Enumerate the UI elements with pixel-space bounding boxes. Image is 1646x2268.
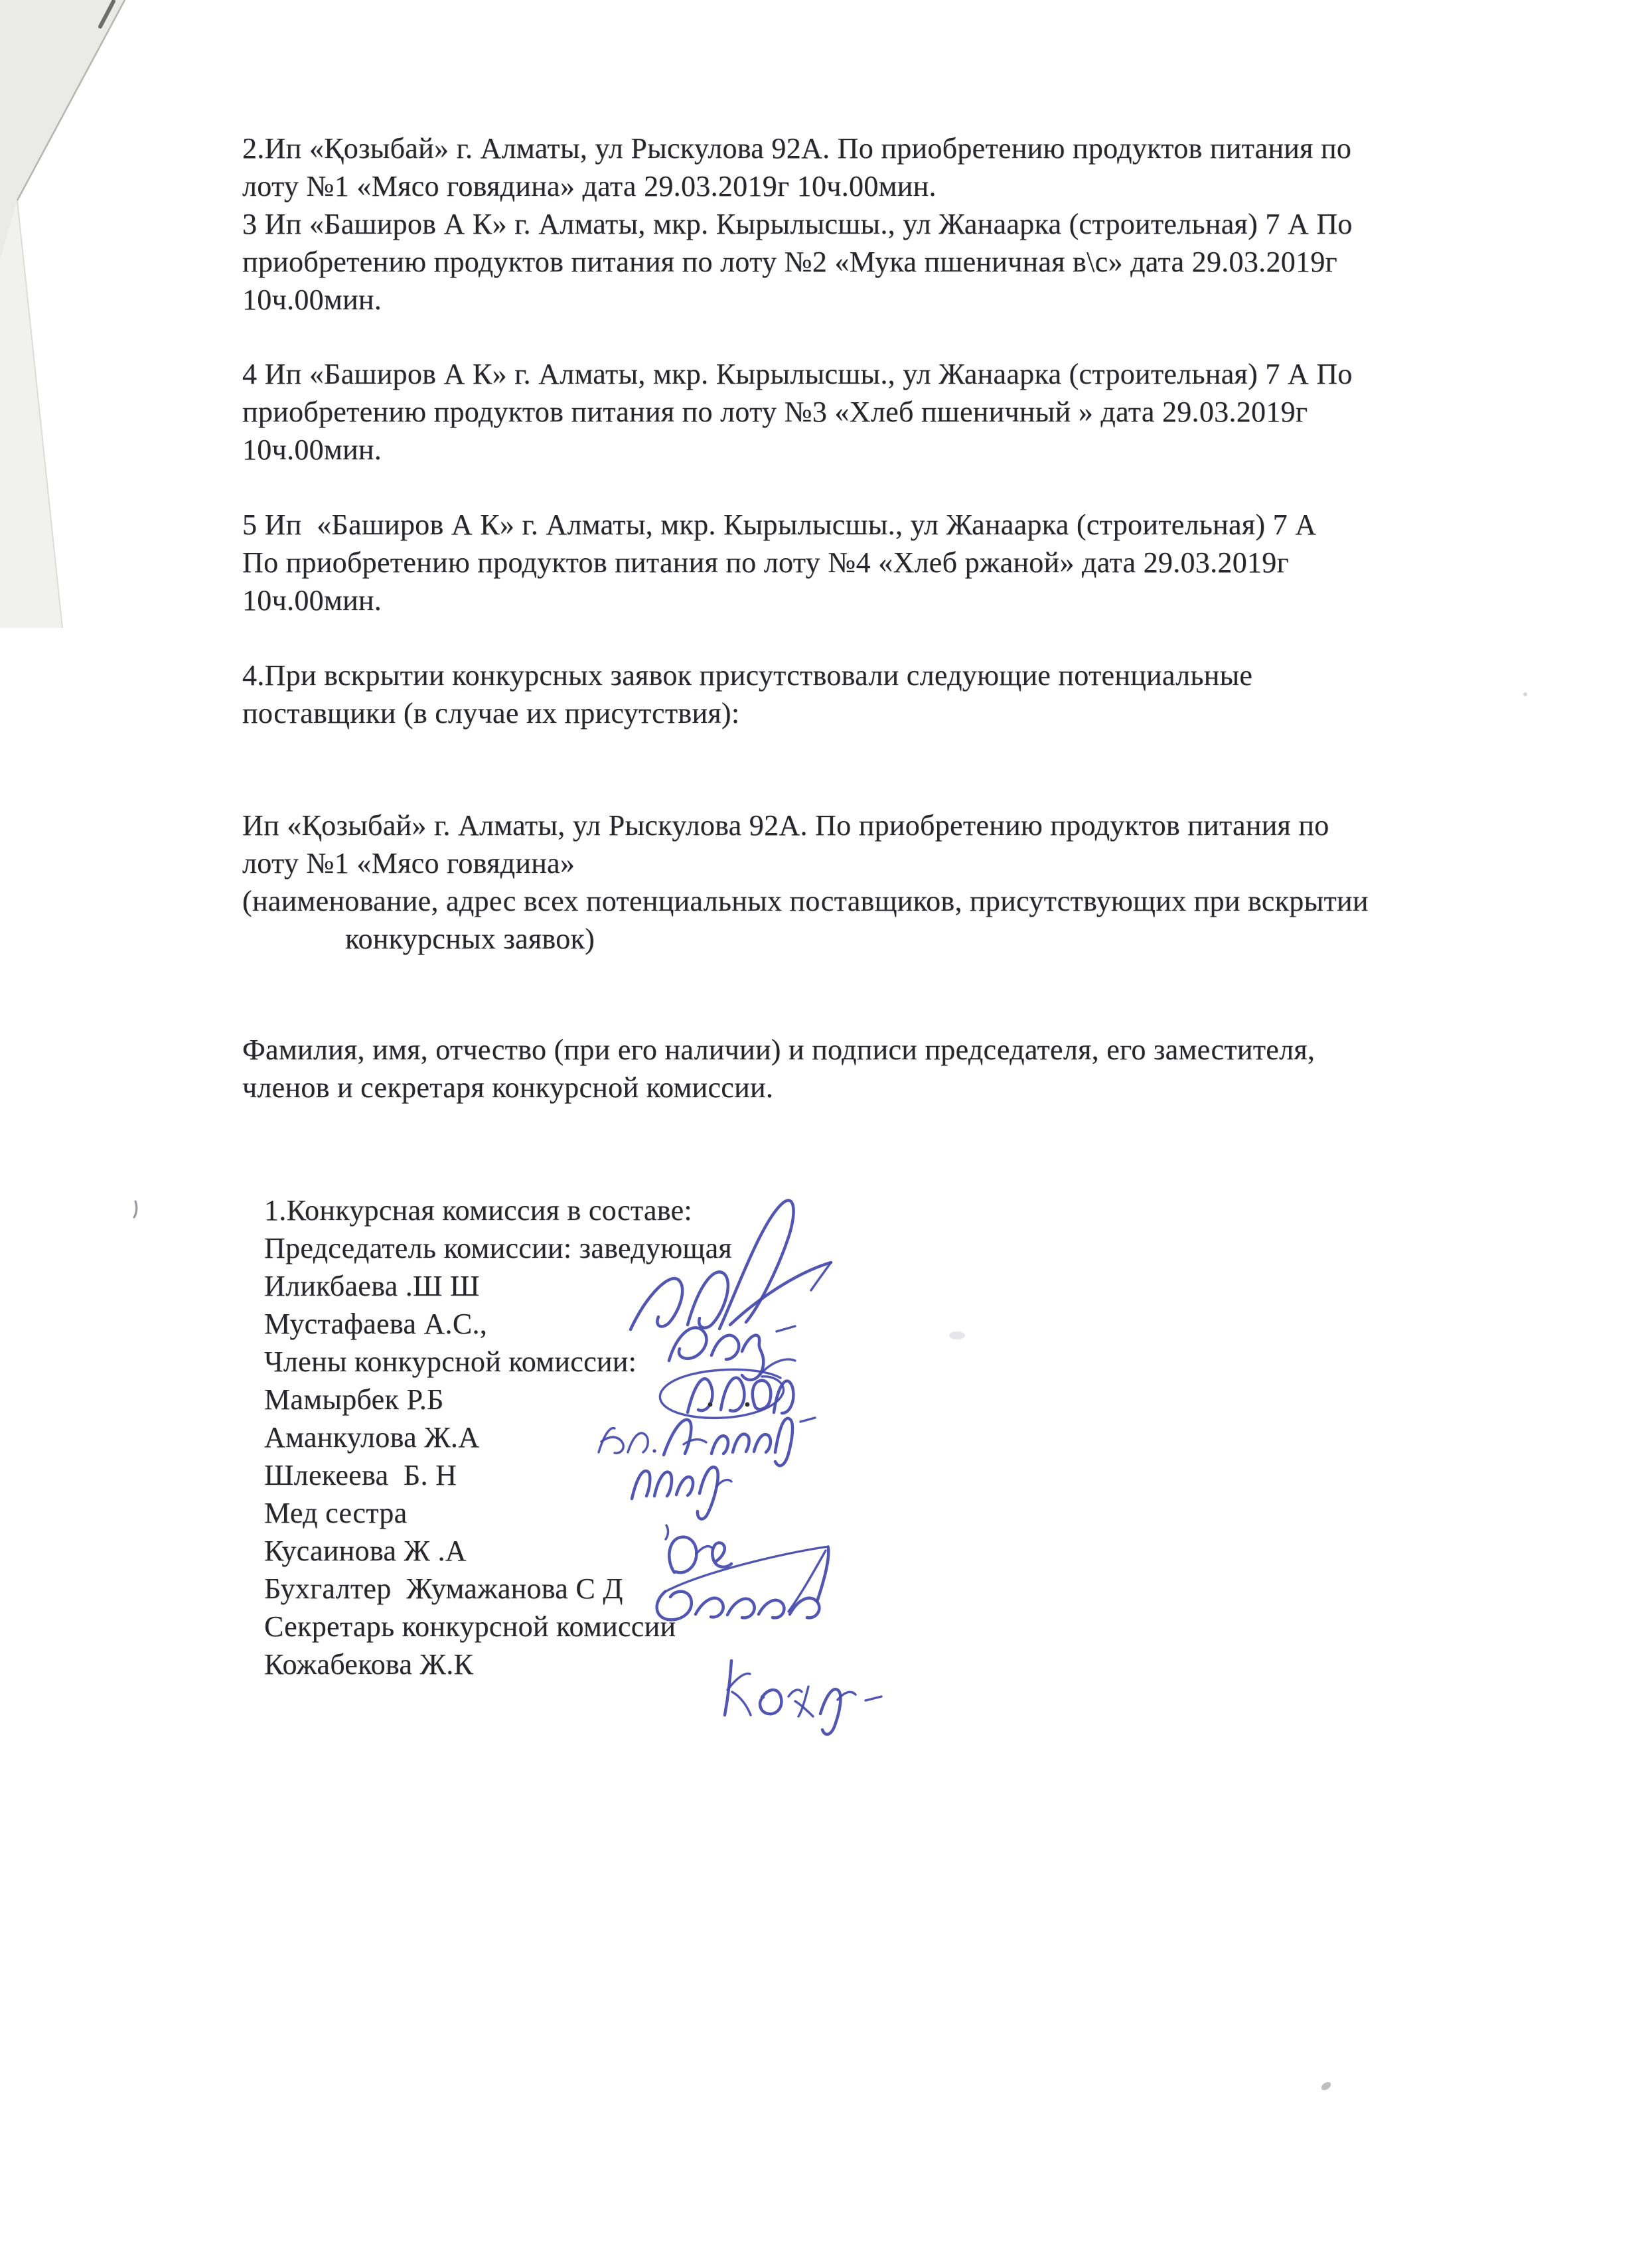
signatures-layer <box>0 0 1646 2268</box>
paragraph-attendees: Ип «Қозыбай» г. Алматы, ул Рыскулова 92А… <box>242 806 1369 958</box>
text-line: Бухгалтер Жумажанова С Д <box>264 1570 732 1608</box>
commission-list: 1.Конкурсная комиссия в составе: Председ… <box>264 1191 732 1683</box>
page-fold-corner <box>0 0 125 628</box>
text-line: лоту №1 «Мясо говядина» <box>242 844 1369 882</box>
text-line: Мед сестра <box>264 1494 732 1532</box>
paragraph-item-4: 4 Ип «Баширов А К» г. Алматы, мкр. Кырыл… <box>242 355 1353 469</box>
text-line: 4.При вскрытии конкурсных заявок присутс… <box>242 656 1252 694</box>
text-line: 1.Конкурсная комиссия в составе: <box>264 1191 732 1229</box>
text-line: 3 Ип «Баширов А К» г. Алматы, мкр. Кырыл… <box>242 205 1353 243</box>
text-line: Члены конкурсной комиссии: <box>264 1343 732 1381</box>
text-line: Мамырбек Р.Б <box>264 1381 732 1418</box>
text-line: Кожабекова Ж.К <box>264 1645 732 1683</box>
text-line: Ип «Қозыбай» г. Алматы, ул Рыскулова 92А… <box>242 806 1369 844</box>
scanned-page: 2.Ип «Қозыбай» г. Алматы, ул Рыскулова 9… <box>0 0 1646 2268</box>
text-line: 4 Ип «Баширов А К» г. Алматы, мкр. Кырыл… <box>242 355 1353 393</box>
text-line: 10ч.00мин. <box>242 281 1353 319</box>
text-line: 2.Ип «Қозыбай» г. Алматы, ул Рыскулова 9… <box>242 129 1353 167</box>
text-line: Иликбаева .Ш Ш <box>264 1267 732 1305</box>
text-line: (наименование, адрес всех потенциальных … <box>242 882 1369 920</box>
scan-artifacts-layer <box>0 0 1646 2268</box>
text-line: членов и секретаря конкурсной комиссии. <box>242 1069 1315 1106</box>
text-line: лоту №1 «Мясо говядина» дата 29.03.2019г… <box>242 167 1353 205</box>
text-line: приобретению продуктов питания по лоту №… <box>242 243 1353 281</box>
text-line: приобретению продуктов питания по лоту №… <box>242 393 1353 431</box>
text-line: Председатель комиссии: заведующая <box>264 1229 732 1267</box>
text-line: Кусаинова Ж .А <box>264 1532 732 1570</box>
text-line: 5 Ип «Баширов А К» г. Алматы, мкр. Кырыл… <box>242 506 1316 544</box>
text-line: Мустафаева А.С., <box>264 1305 732 1343</box>
paragraph-item-2-3: 2.Ип «Қозыбай» г. Алматы, ул Рыскулова 9… <box>242 129 1353 319</box>
text-line: 10ч.00мин. <box>242 431 1353 469</box>
paragraph-item-5: 5 Ип «Баширов А К» г. Алматы, мкр. Кырыл… <box>242 506 1316 619</box>
text-line: поставщики (в случае их присутствия): <box>242 694 1252 732</box>
signature-ink-kozhabekova <box>725 1661 881 1734</box>
text-line: конкурсных заявок) <box>242 920 1369 958</box>
text-line: Аманкулова Ж.А <box>264 1418 732 1456</box>
paragraph-clause-4: 4.При вскрытии конкурсных заявок присутс… <box>242 656 1252 732</box>
text-line: По приобретению продуктов питания по лот… <box>242 544 1316 581</box>
text-line: Фамилия, имя, отчество (при его наличии)… <box>242 1031 1315 1069</box>
text-line: 10ч.00мин. <box>242 581 1316 619</box>
text-line: Шлекеева Б. Н <box>264 1456 732 1494</box>
paragraph-names-note: Фамилия, имя, отчество (при его наличии)… <box>242 1031 1315 1106</box>
text-line: Секретарь конкурсной комиссии <box>264 1608 732 1645</box>
